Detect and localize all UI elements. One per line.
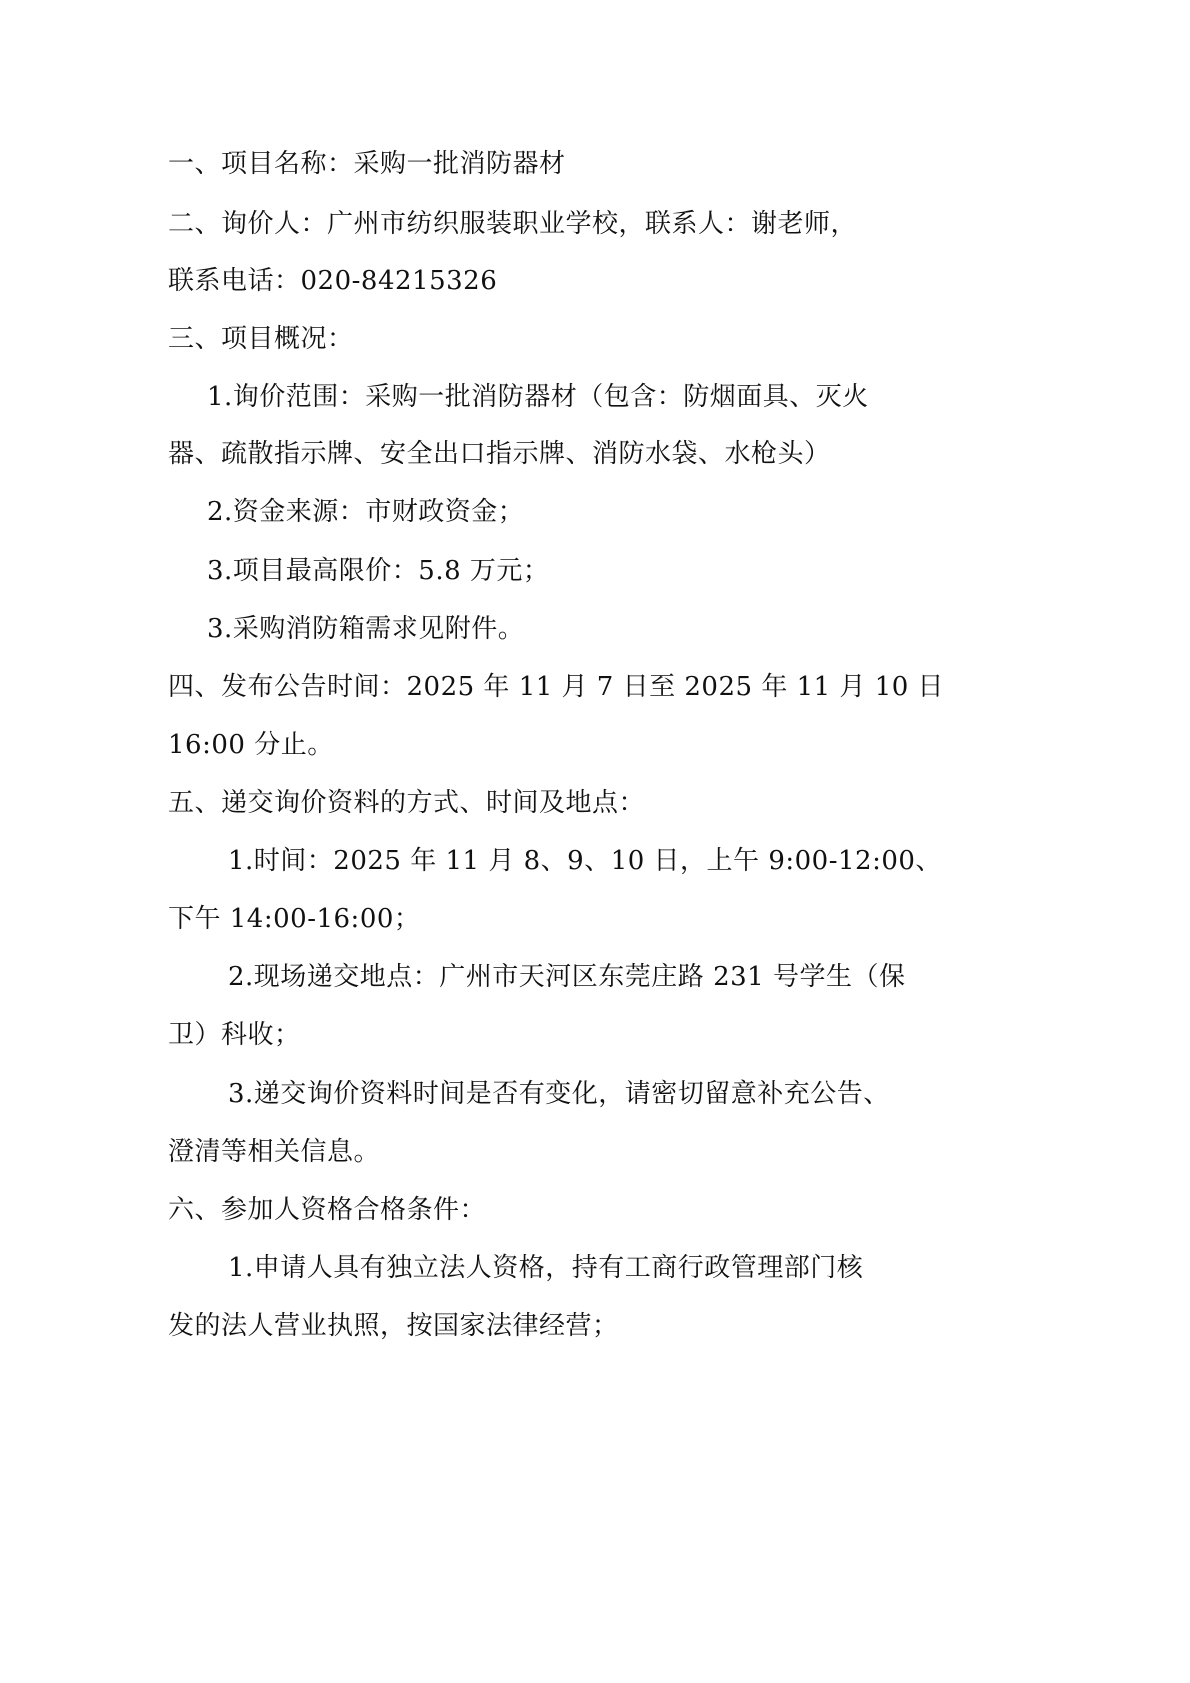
announcement-period-continuation: 16:00 分止。 bbox=[168, 729, 334, 761]
submission-heading: 五、递交询价资料的方式、时间及地点： bbox=[168, 787, 645, 819]
attachment-note-line: 3.采购消防箱需求见附件。 bbox=[207, 613, 524, 645]
qualification-item-1-line: 1.申请人具有独立法人资格，持有工商行政管理部门核 bbox=[228, 1252, 863, 1284]
contact-phone-line: 联系电话：020-84215326 bbox=[168, 265, 497, 297]
project-overview-heading: 三、项目概况： bbox=[168, 323, 354, 355]
submission-address-continuation: 卫）科收； bbox=[168, 1019, 301, 1051]
qualification-item-1-continuation: 发的法人营业执照，按国家法律经营； bbox=[168, 1310, 619, 1342]
inquiry-scope-line: 1.询价范围：采购一批消防器材（包含：防烟面具、灭火 bbox=[207, 381, 869, 413]
submission-address-line: 2.现场递交地点：广州市天河区东莞庄路 231 号学生（保 bbox=[228, 961, 905, 993]
submission-time-continuation: 下午 14:00-16:00； bbox=[168, 903, 420, 935]
price-cap-line: 3.项目最高限价：5.8 万元； bbox=[207, 555, 549, 587]
project-name-line: 一、项目名称：采购一批消防器材 bbox=[168, 148, 566, 180]
inquiry-scope-continuation: 器、疏散指示牌、安全出口指示牌、消防水袋、水枪头） bbox=[168, 438, 831, 470]
announcement-period-line: 四、发布公告时间：2025 年 11 月 7 日至 2025 年 11 月 10… bbox=[168, 671, 944, 703]
qualification-heading: 六、参加人资格合格条件： bbox=[168, 1194, 486, 1226]
submission-change-note-line: 3.递交询价资料时间是否有变化，请密切留意补充公告、 bbox=[228, 1078, 890, 1110]
submission-change-note-continuation: 澄清等相关信息。 bbox=[168, 1136, 380, 1168]
document-page: 一、项目名称：采购一批消防器材 二、询价人：广州市纺织服装职业学校，联系人：谢老… bbox=[0, 0, 1190, 1683]
submission-time-line: 1.时间：2025 年 11 月 8、9、10 日，上午 9:00-12:00、 bbox=[228, 845, 942, 877]
funding-source-line: 2.资金来源：市财政资金； bbox=[207, 496, 524, 528]
inquirer-line: 二、询价人：广州市纺织服装职业学校，联系人：谢老师， bbox=[168, 208, 857, 240]
